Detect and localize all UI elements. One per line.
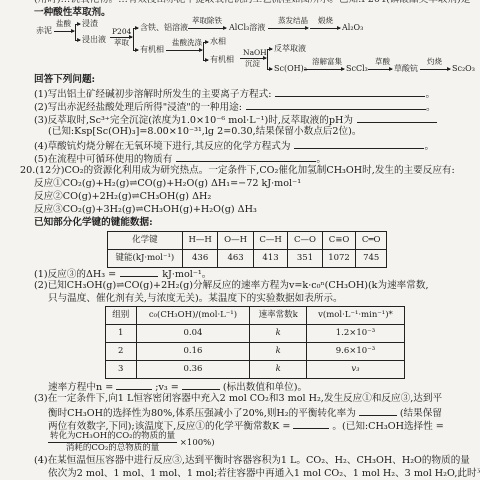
reaction-2: 反应②CO(g)+2H₂(g)⇌CH₃OH(g) ΔH₂ [34,191,211,203]
p3-text-d: 。(已知:CH₃OH选择性 = [332,421,443,432]
table-cell: k [250,343,306,361]
flow-arrow [54,31,74,32]
flow-branch [203,42,204,60]
intro-line-cut: (用时)…钪氧化物。…有效浸出赤泥中提取氧化钪的工艺流程如图所示。已知:P204… [34,0,470,6]
flow-arrow [203,60,208,61]
flow-arrow [304,69,344,70]
q19-item-2-text: (2)写出赤泥经盐酸处理后所得"浸渣"的一种用途: [34,102,242,113]
table-cell: 组别 [106,307,137,325]
q20-part-1-unit: kJ·mol⁻¹。 [162,269,211,280]
table-cell: C—O [288,232,322,250]
p3-text-b: (结果保留 [400,408,442,419]
answer-blank-1[interactable] [275,87,425,97]
table-cell: 键能(kJ·mol⁻¹) [108,250,183,268]
q20-part-2-line-2: 只与温度、催化剂有关,与浓度无关)。某温度下的实验数据如表所示。 [48,293,343,305]
flow-back-extract: 反萃取液 [274,44,306,54]
flow-scoh3: Sc(OH)₃ [274,64,307,74]
q20-part-2-line-1: (2)已知CH₃OH(g)⇌CO(g)+2H₂(g)分解反应的速率方程为v=k·… [34,280,429,292]
answer-blank-5[interactable] [176,152,316,162]
table-row: 1 0.04 k 1.2×10⁻³ [106,325,405,343]
table-cell: v₃ [306,361,404,379]
table-row: 键能(kJ·mol⁻¹) 436 463 413 351 1072 745 [108,250,387,268]
table-cell: 745 [356,250,387,268]
flow-arrow [75,40,80,41]
flow-arrow [310,28,340,29]
table-cell: 1 [106,325,137,343]
fraction-denominator: 消耗的CO₂的总物质的量 [48,443,177,454]
answer-blank-n[interactable] [116,380,152,390]
rate-data-table: 组别 c₀(CH₃OH)/(mol·L⁻¹) 速率常数k v(mol·L⁻¹·m… [105,306,405,379]
flow-arrow [188,28,226,29]
q20-part-3-line-1: (3)在一定条件下,向1 L恒容密闭容器中充入2 mol CO₂和3 mol H… [34,393,442,405]
flow-branch [267,49,268,69]
answer-blank-4[interactable] [294,139,424,149]
table-header-row: 化学键 H—H O—H C—H C—O C≡O C═O [108,232,387,250]
flow-arrow [268,28,308,29]
q19-item-4-text: (4)草酸钪灼烧分解在无氧环境下进行,其反应的化学方程式为 [34,141,290,152]
flow-label-calcine: 煅烧 [318,16,333,26]
flow-organic-2: 有机相 [210,55,234,65]
flow-label-remove-fe: 萃取除铁 [192,16,222,26]
table-cell: 463 [218,250,253,268]
table-cell: v(mol·L⁻¹·min⁻¹)* [306,307,404,325]
table-cell: 2 [106,343,137,361]
table-row: 2 0.16 k 9.6×10⁻³ [106,343,405,361]
table-cell: 速率常数k [250,307,306,325]
flow-arrow [267,49,272,50]
table-cell: C≡O [322,232,356,250]
table-cell: k [250,325,306,343]
table-cell: C—H [253,232,288,250]
flow-arrow [75,24,80,25]
answer-blank-v3[interactable] [182,380,220,390]
flow-label-oxalic: 草酸 [375,57,390,67]
table-cell: 436 [182,250,218,268]
ask-n-text: 速率方程中n = [48,382,113,393]
table-cell: H—H [182,232,218,250]
flow-label-precip: 沉淀 [245,59,260,69]
flow-branch [75,24,76,40]
q20-title: 20.(12分)CO₂的资源化利用成为研究热点。一定条件下,CO₂催化加氢制CH… [20,165,455,177]
q19-item-3-note: (已知:Ksp[Sc(OH)₃]=8.00×10⁻³¹,lg 2=0.30,结果… [48,126,361,138]
flow-arrow [267,69,272,70]
table-cell: 9.6×10⁻³ [306,343,404,361]
reaction-1: 反应①CO₂(g)+H₂(g)⇌CO(g)+H₂O(g) ΔH₁=−72 kJ·… [34,178,301,190]
table-header-row: 组别 c₀(CH₃OH)/(mol·L⁻¹) 速率常数k v(mol·L⁻¹·m… [106,307,405,325]
q19-item-3-text: (3)反萃取时,Sc³⁺完全沉淀(浓度为1.0×10⁻⁶ mol·L⁻¹)时,反… [34,115,353,126]
q20-part-4-line-1: (4)在某恒温恒压容器中进行反应③,达到平衡时容器容积为1 L。CO₂、H₂、C… [34,455,470,467]
table-cell: 3 [106,361,137,379]
selectivity-formula: 转化为CH₃OH的CO₂的物质的量 消耗的CO₂的总物质的量 ×100%) [48,431,215,454]
flow-label-evap: 蒸发结晶 [278,16,308,26]
q20-part-1-text: (1)反应③的ΔH₃ = [34,269,116,280]
q19-header: 回答下列问题: [34,74,95,86]
flow-arrow [203,42,208,43]
q19-item-5-text: (5)在流程中可循环使用的物质有 [34,154,172,165]
flow-label-burn: 灼烧 [427,57,442,67]
table-cell: 0.16 [136,343,250,361]
table-cell: k [250,361,306,379]
answer-blank-2[interactable] [246,100,426,110]
ask-unit-note: (标出数值和单位)。 [223,382,307,393]
flow-residue: 浸渣 [82,19,98,29]
formula-fraction: 转化为CH₃OH的CO₂的物质的量 消耗的CO₂的总物质的量 [48,431,177,454]
flow-sc2o3: Sc₂O₃ [452,64,475,74]
flow-start: 赤泥 [36,26,52,36]
flow-leachate: 浸出液 [82,35,106,45]
q19-item-1-text: (1)写出铝土矿经碱初步溶解时所发生的主要离子方程式: [34,89,271,100]
bond-energy-table: 化学键 H—H O—H C—H C—O C≡O C═O 键能(kJ·mol⁻¹)… [107,231,387,268]
flow-arrow [368,69,392,70]
table-cell: C═O [356,232,387,250]
fraction-tail: ×100%) [180,438,215,448]
table-cell: c₀(CH₃OH)/(mol·L⁻¹) [136,307,250,325]
bond-intro: 已知部分化学键的键能数据: [34,217,153,229]
table-cell: 1.2×10⁻³ [306,325,404,343]
table-cell: 0.04 [136,325,250,343]
table-cell: 1072 [322,250,356,268]
ask-v3-text: ;v₃ = [155,382,179,393]
flow-label-dissolve: 溶解富集 [312,57,342,67]
flow-sccl3: ScCl₃ [346,64,368,74]
flow-label-extract: 萃取 [114,38,129,48]
table-cell: 0.36 [136,361,250,379]
table-cell: 413 [253,250,288,268]
flow-sc-oxalate: 草酸钪 [394,64,418,74]
flow-arrow [133,50,138,51]
flow-branch [133,28,134,50]
table-cell: 化学键 [108,232,183,250]
flow-arrow [133,28,138,29]
intro-line: 一种酸性萃取剂。 [34,7,111,19]
table-cell: O—H [218,232,253,250]
p3-text-a: 衡时CH₃OH的选择性为80%,体系压强减小了20%,则H₂的平衡转化率为 [48,408,356,419]
flow-arrow [420,69,450,70]
flow-organic-1: 有机相 [140,45,164,55]
flow-water-phase: 水相 [210,37,226,47]
flow-arrow [166,50,202,51]
flow-al2o3: Al₂O₃ [342,23,363,33]
fraction-numerator: 转化为CH₃OH的CO₂的物质的量 [48,431,177,443]
reaction-3: 反应③CO₂(g)+3H₂(g)⇌CH₃OH(g)+H₂O(g) ΔH₃ [34,204,257,216]
answer-blank-dh3[interactable] [120,267,158,277]
flow-label-acid: 盐酸 [56,19,71,29]
table-row: 3 0.36 k v₃ [106,361,405,379]
answer-blank-h2-conversion[interactable] [359,406,397,416]
answer-blank-3[interactable] [357,113,437,123]
q20-part-4-line-2: 依次为2 mol、1 mol、1 mol、1 mol;若往容器中再通入1 mol… [48,468,480,480]
flow-fe-al-solution: 含铁、铝溶液 [140,23,188,33]
flow-label-wash: 盐酸洗涤 [172,38,202,48]
flow-alcl3: AlCl₃溶液 [229,23,265,33]
table-cell: 351 [288,250,322,268]
answer-blank-k[interactable] [293,419,329,429]
